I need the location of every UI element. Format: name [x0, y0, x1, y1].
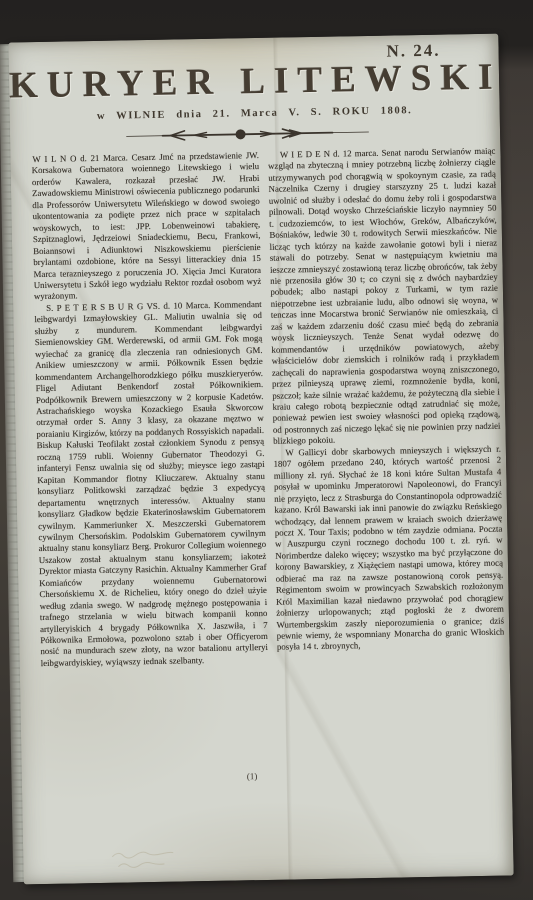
article-paragraph: S. P E T E R S B U R G VS. d. 10 Marca. … — [34, 299, 268, 670]
handwriting-showthrough — [108, 848, 178, 875]
newspaper-page: N. 24. KURYER LITEWSKI w WILNIE dnia 21.… — [8, 34, 513, 885]
left-column: W I L N O d. 21 Marca. Cesarz Jmć na prz… — [31, 150, 270, 776]
body-columns: W I L N O d. 21 Marca. Cesarz Jmć na prz… — [31, 146, 506, 776]
article-paragraph: W I L N O d. 21 Marca. Cesarz Jmć na prz… — [31, 150, 261, 303]
right-column: W I E D E N d. 12 marca. Senat narodu Se… — [268, 146, 507, 772]
dateline: w WILNIE dnia 21. Marca V. S. ROKU 1808. — [10, 104, 500, 124]
article-paragraph: W I E D E N d. 12 marca. Senat narodu Se… — [268, 146, 501, 448]
article-paragraph: W Gallicyi dobr skarbowych mnieyszych i … — [273, 443, 504, 653]
scan-background: N. 24. KURYER LITEWSKI w WILNIE dnia 21.… — [0, 0, 533, 900]
masthead-title: KURYER LITEWSKI — [9, 56, 500, 108]
divider-ornament — [122, 124, 372, 145]
